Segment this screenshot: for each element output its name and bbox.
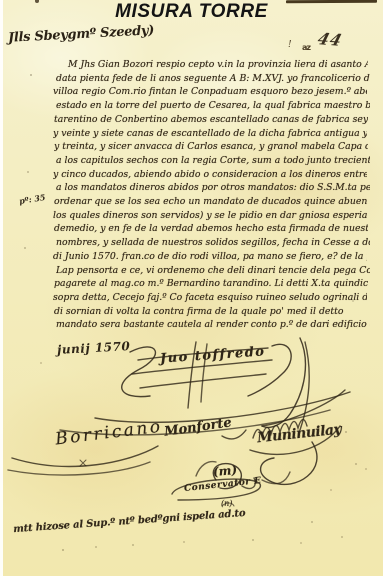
paraph-m: (m) [212, 463, 237, 479]
manuscript-line: ordenar que se los sea echo un mandato d… [54, 195, 368, 209]
paper-specks [0, 0, 2, 2]
manuscript-line: y veinte y siete canas de escantellado d… [53, 127, 367, 141]
paraph-n: (n) [221, 499, 232, 508]
manuscript-line: villoa regio Com.rio fintan le Conpaduam… [53, 85, 367, 99]
archival-inscription: Jlls Sbeygmº Szeedy) [8, 23, 155, 46]
manuscript-page: MISURA TORRE Jlls Sbeygmº Szeedy) ! az 4… [0, 0, 383, 576]
manuscript-line: Lap pensorta e ce, vi ordenemo che deli … [56, 264, 370, 278]
manuscript-line: pagarete al mag.co m.º Bernardino tarand… [54, 277, 368, 291]
manuscript-line: di Junio 1570. fran.co de dio rodi villo… [53, 250, 367, 264]
folio-mark: az [302, 43, 310, 52]
manuscript-line: tarentino de Conbertino abemos escantell… [54, 113, 368, 127]
page-title: MISURA TORRE [0, 1, 383, 23]
manuscript-line: di sornian di volta la contra firma de l… [54, 305, 368, 319]
manuscript-line: M Jhs Gian Bozori respio cepto v.in la p… [54, 58, 368, 72]
manuscript-line: y treinta, y sicer anvacca di Carlos esa… [54, 140, 368, 154]
manuscript-line: a los capitulos sechos con la regia Cort… [56, 154, 370, 168]
manuscript-line: data pienta fede de li anos seguente A B… [56, 72, 370, 86]
folio-number: 44 [316, 29, 345, 50]
margin-annotation: pº: 35 [18, 192, 46, 206]
manuscript-line: nombres, y sellada de nuestros solidos s… [56, 236, 370, 250]
manuscript-line: y cinco ducados, abiendo abido o conside… [53, 168, 367, 182]
manuscript-line: estado en la torre del puerto de Cesarea… [56, 99, 370, 113]
manuscript-line: demedio, y en fe de la verdad abemos hec… [54, 222, 368, 236]
manuscript-line: los quales dineros son servidos) y se le… [53, 209, 367, 223]
manuscript-line: a los mandatos dineros abidos por otros … [56, 181, 370, 195]
manuscript-line: sopra detta, Cecejo faj.º Co faceta esqu… [53, 291, 367, 305]
manuscript-body: M Jhs Gian Bozori respio cepto v.in la p… [54, 58, 368, 332]
folio-pre-mark: ! [288, 40, 292, 50]
